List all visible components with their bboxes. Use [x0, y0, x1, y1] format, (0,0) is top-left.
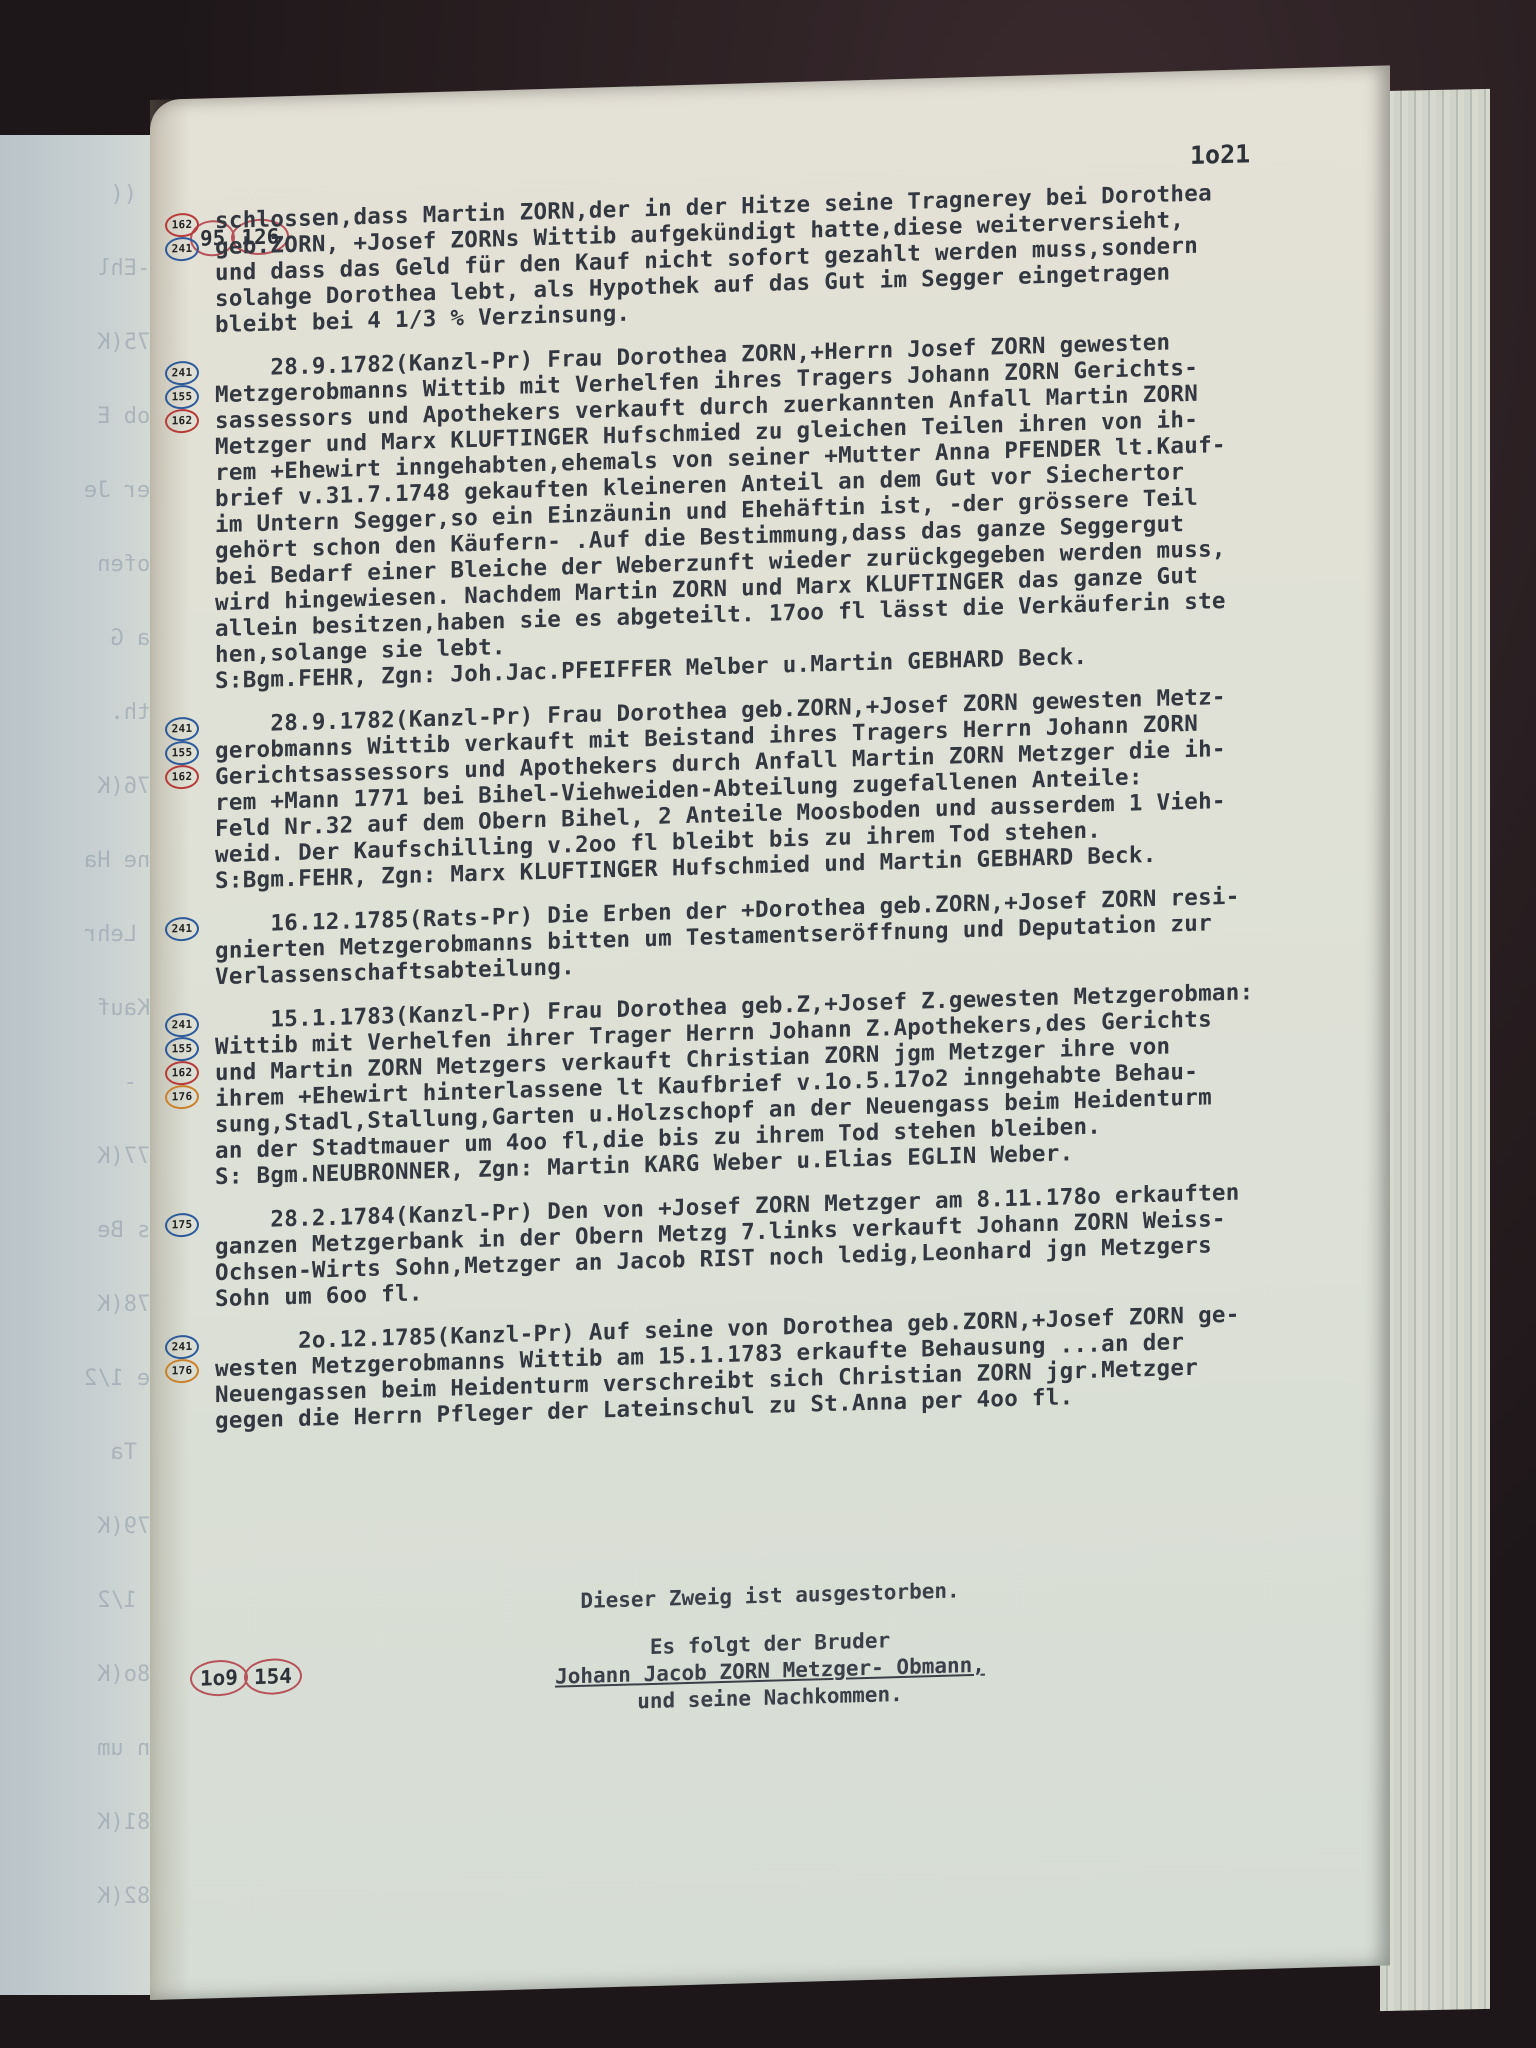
margin-reference-mark: 241 [165, 717, 199, 742]
margin-reference-mark: 155 [165, 741, 199, 766]
page-edge-stack [1380, 89, 1490, 2011]
margin-reference-mark: 176 [165, 1359, 199, 1384]
document-page: 1o21 95126 162241schlossen,dass Martin Z… [150, 65, 1390, 2000]
margin-reference-mark: 162 [165, 765, 199, 790]
page-number: 1o21 [1190, 139, 1250, 170]
margin-reference-mark: 241 [165, 917, 199, 942]
margin-reference-mark: 241 [165, 1335, 199, 1360]
margin-reference-mark: 241 [165, 1013, 199, 1038]
margin-reference-mark: 176 [165, 1085, 199, 1110]
margin-reference-mark: 155 [165, 1037, 199, 1062]
document-body: 162241schlossen,dass Martin ZORN,der in … [215, 176, 1355, 1452]
margin-reference-mark: 175 [165, 1213, 199, 1238]
margin-reference-mark: 155 [165, 385, 199, 410]
margin-reference-mark: 241 [165, 361, 199, 386]
margin-reference-mark: 241 [165, 237, 199, 262]
margin-reference-mark: 162 [165, 1061, 199, 1086]
margin-reference-mark: 162 [165, 409, 199, 434]
entry-paragraph: 241155162 28.9.1782(Kanzl-Pr) Frau Dorot… [215, 324, 1355, 694]
entry-paragraph: 241155162 28.9.1782(Kanzl-Pr) Frau Dorot… [215, 680, 1355, 894]
entry-paragraph: 241155162176 15.1.1783(Kanzl-Pr) Frau Do… [215, 976, 1355, 1190]
